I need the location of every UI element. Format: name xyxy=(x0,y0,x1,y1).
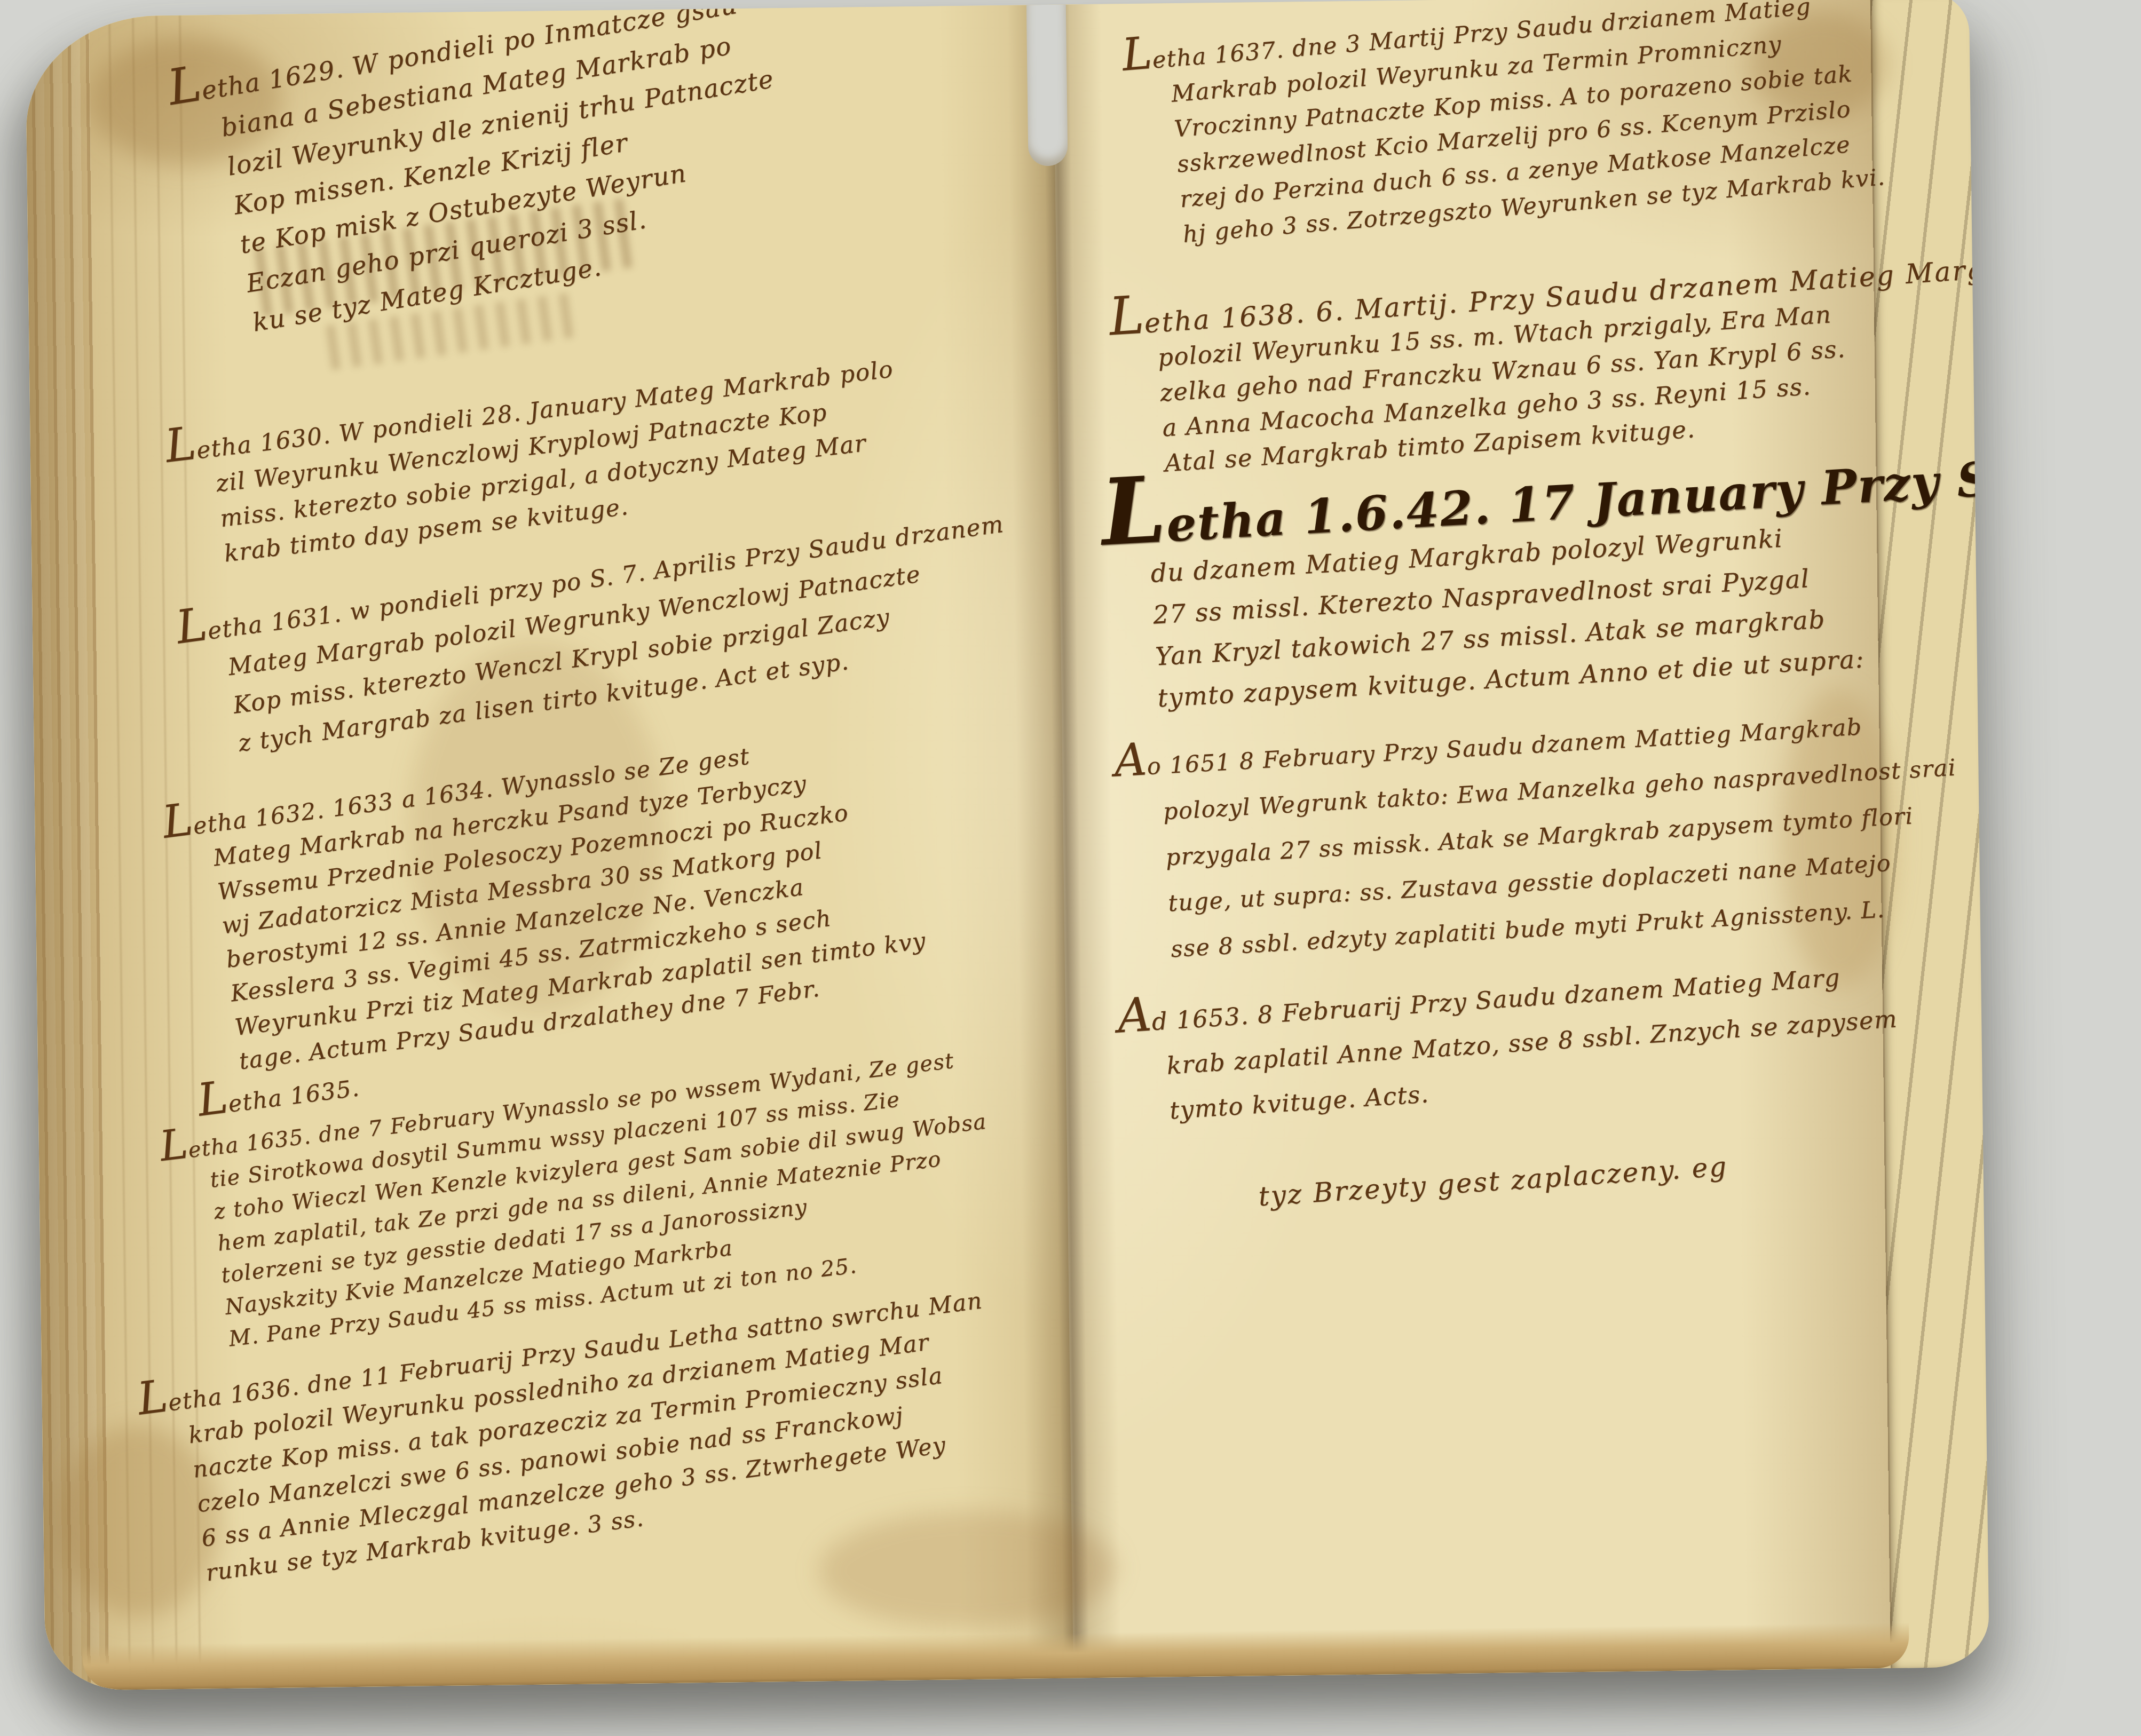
open-manuscript-book: Letha 1629. W pondieli po Inmatcze gsau … xyxy=(25,0,1989,1691)
gutter-top-notch xyxy=(1026,0,1068,166)
right-page-stack-edge xyxy=(1870,0,1989,1668)
entry-1651: Ao 1651 8 February Przy Saudu dzanem Mat… xyxy=(1113,698,1965,975)
photo-of-manuscript: { "colors":{ "background_gray":"#d3d4d0"… xyxy=(0,0,2141,1736)
